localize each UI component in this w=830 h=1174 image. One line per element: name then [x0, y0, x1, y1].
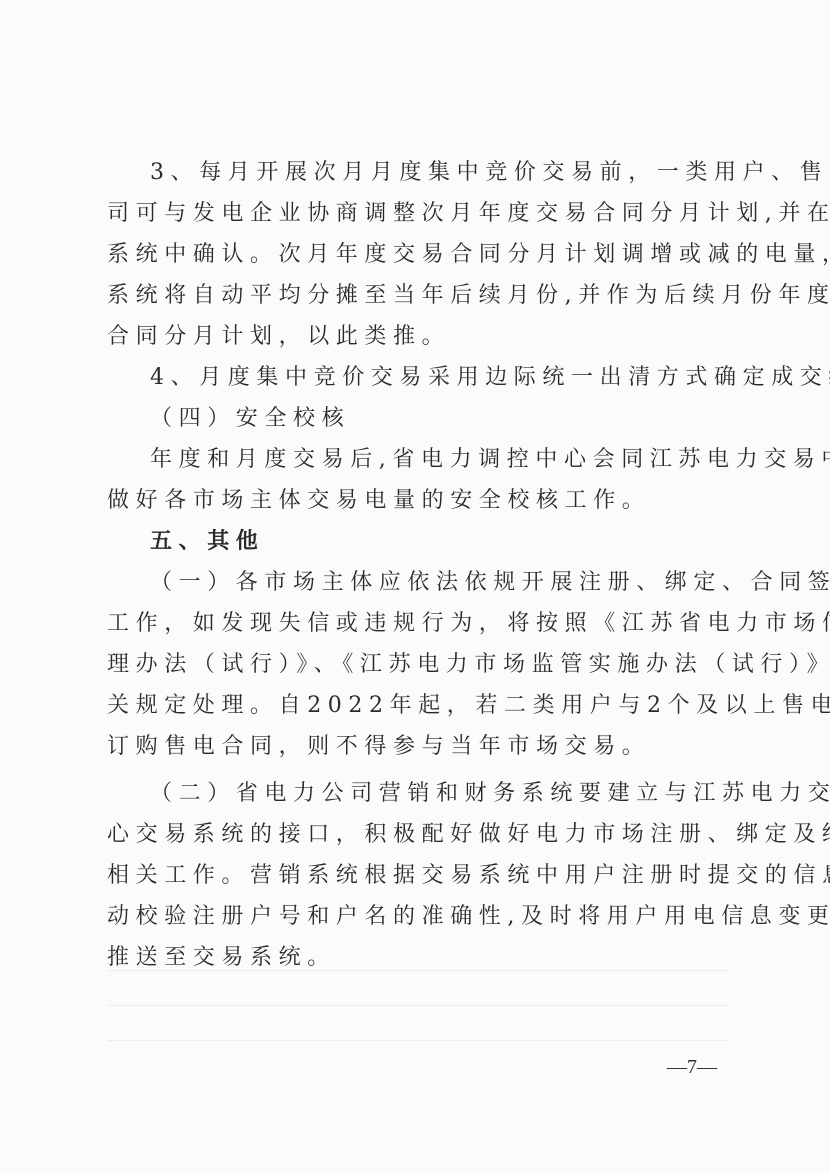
paragraph-line: 系统中确认。次月年度交易合同分月计划调增或减的电量，交易	[107, 238, 727, 272]
paragraph-line: 工作，如发现失信或违规行为，将按照《江苏省电力市场信用管	[107, 607, 727, 641]
paragraph-line: 4、月度集中竞价交易采用边际统一出清方式确定成交结果。	[150, 361, 727, 395]
paragraph-line: 动校验注册户号和户名的准确性,及时将用户用电信息变更情况	[107, 900, 727, 934]
document-page: 3、每月开展次月月度集中竞价交易前，一类用户、售电公 司可与发电企业协商调整次月…	[0, 0, 830, 1174]
faint-rule	[108, 970, 728, 971]
paragraph-line: （一）各市场主体应依法依规开展注册、绑定、合同签订等	[150, 566, 727, 600]
paragraph-line: 订购售电合同，则不得参与当年市场交易。	[107, 730, 727, 764]
paragraph-line: 合同分月计划，以此类推。	[107, 320, 727, 354]
paragraph-line: 司可与发电企业协商调整次月年度交易合同分月计划,并在交易	[107, 197, 727, 231]
paragraph-line: 年度和月度交易后,省电力调控中心会同江苏电力交易中心	[150, 443, 727, 477]
faint-rule	[108, 1005, 728, 1006]
paragraph-line: 做好各市场主体交易电量的安全校核工作。	[107, 484, 727, 518]
page-number: —7—	[667, 1056, 717, 1079]
faint-rule	[108, 1040, 728, 1041]
paragraph-line: 3、每月开展次月月度集中竞价交易前，一类用户、售电公	[150, 156, 727, 190]
section-heading: （四）安全校核	[150, 402, 727, 436]
paragraph-line: 理办法（试行）》、《江苏电力市场监管实施办法（试行）》相	[107, 648, 727, 682]
paragraph-line: 系统将自动平均分摊至当年后续月份,并作为后续月份年度交易	[107, 279, 727, 313]
chapter-heading: 五、其他	[150, 525, 727, 559]
paragraph-line: （二）省电力公司营销和财务系统要建立与江苏电力交易中	[150, 777, 727, 811]
paragraph-line: 相关工作。营销系统根据交易系统中用户注册时提交的信息，自	[107, 859, 727, 893]
paragraph-line: 心交易系统的接口，积极配好做好电力市场注册、绑定及结算等	[107, 818, 727, 852]
paragraph-line: 关规定处理。自2022年起，若二类用户与2个及以上售电公司签	[107, 689, 727, 723]
